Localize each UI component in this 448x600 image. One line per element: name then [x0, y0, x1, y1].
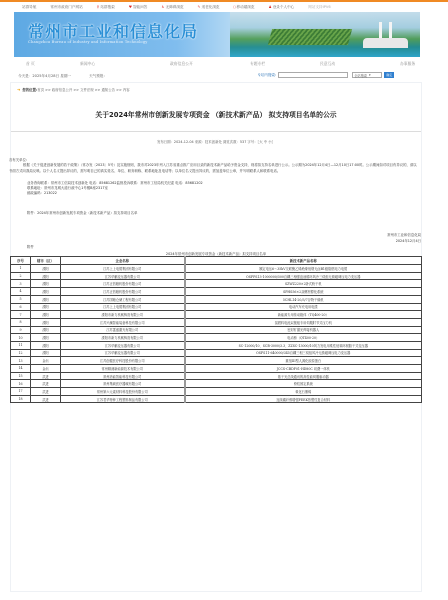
cell-district: 溧阳 — [31, 334, 61, 342]
topbar-label: 智能问答 — [133, 5, 147, 10]
table-row: 7溧阳溧阳市新力机械铸造有限公司新能源专用传动箱体（TQ400-20） — [11, 311, 422, 319]
table-row: 16武进常州集硕医疗器械有限公司脊柱固定系统 — [11, 380, 422, 388]
topbar-label: 站群搜索 — [100, 5, 114, 10]
topbar-label: 适老化浏览 — [202, 5, 220, 10]
table-row: 12溧阳江苏华鹏变压器有限公司OSFS11-640000/345自耦三相三绕组风… — [11, 349, 422, 357]
header-district: 辖市（区） — [31, 257, 61, 265]
accessibility-icon: ♿ — [161, 5, 164, 9]
table-row: 18武进江苏君华特种工程塑料制品有限公司连续碳纤维增强PEEK热塑性复合材料 — [11, 395, 422, 403]
cell-company: 江苏华鹏变压器有限公司 — [61, 341, 185, 349]
cell-product: 电动桥（QT400-20） — [185, 334, 422, 342]
cell-company: 江苏正昌粮机股份有限公司 — [61, 280, 185, 288]
cell-company: 江苏上上电缆集团有限公司 — [61, 265, 185, 273]
cell-company: 常州洛能智能科技有限公司 — [61, 372, 185, 380]
chat-icon: ♥ — [129, 5, 132, 9]
mobile-icon: ▯ — [234, 5, 236, 9]
cell-district: 溧阳 — [31, 280, 61, 288]
topbar-site-search-link[interactable]: ⚲站群搜索 — [97, 5, 115, 10]
cell-district: 溧阳 — [31, 349, 61, 357]
search-input[interactable] — [278, 72, 348, 78]
nav-home[interactable]: 首 页 — [26, 61, 80, 67]
cell-company: 常州精测新能源技术有限公司 — [61, 365, 185, 373]
cell-district: 溧阳 — [31, 318, 61, 326]
search-label-text: 站内搜索: — [261, 73, 277, 77]
site-search: ⚲站内搜索: 全站搜索▾ 确定 — [258, 72, 394, 78]
topbar-label: 站群导航 — [22, 5, 36, 10]
table-row: 6溧阳江苏上上电缆集团有限公司电动汽车充电用电缆 — [11, 303, 422, 311]
banner-building-roof — [268, 29, 352, 45]
table-row: 2溧阳江苏华鹏变压器有限公司OSFPS13-1000000/500自耦三相强迫油… — [11, 272, 422, 280]
cell-product: 密封钉激光焊接机器人 — [185, 326, 422, 334]
scope-value: 全站搜索 — [354, 73, 367, 78]
breadcrumb: ➜ 您的位置: 首页 >> 政府信息公开 >> 文件法规 >> 通知公告 >> … — [11, 83, 421, 95]
table-row: 9溧阳江苏霆盛激光有限公司密封钉激光焊接机器人 — [11, 326, 422, 334]
table-header-row: 序号 辖市（区） 企业名称 新技术新产品名称 — [11, 257, 422, 265]
cell-product: 额定电压6～35kV交联聚乙烯绝缘低烟无卤B1级阻燃电力电缆 — [185, 265, 422, 273]
today-date: 今天是：2025年4月28日 星期一 — [18, 74, 71, 79]
cell-company: 江苏国粮仓储工程有限公司 — [61, 295, 185, 303]
title-divider — [11, 131, 421, 132]
cell-company: 江苏创健医疗科技股份有限公司 — [61, 357, 185, 365]
topbar-label: 常州市政府门户网站 — [50, 5, 82, 10]
cell-product: 连续碳纤维增强PEEK热塑性复合材料 — [185, 395, 422, 403]
user-icon: ♟ — [268, 5, 271, 9]
attachment-link[interactable]: 附件：2024年常州市创新发展专项资金（新技术新产品）拟支持项目名单 — [27, 211, 421, 216]
topbar-smart-qa-link[interactable]: ♥智能问答 — [129, 5, 148, 10]
weather-label: 天气预报: — [89, 74, 105, 79]
nav-news[interactable]: 新闻中心 — [80, 61, 170, 67]
table-row: 1溧阳江苏上上电缆集团有限公司额定电压6～35kV交联聚乙烯绝缘低烟无卤B1级阻… — [11, 265, 422, 273]
article-container: ➜ 您的位置: 首页 >> 政府信息公开 >> 文件法规 >> 通知公告 >> … — [10, 82, 422, 592]
table-row: 4溧阳江苏正昌粮机股份有限公司SPHS56×2双螺杆膨化系统 — [11, 288, 422, 296]
cell-index: 16 — [11, 380, 31, 388]
topbar-label: 移动端浏览 — [237, 5, 255, 10]
site-banner: 常州市工业和信息化局 Changzhou Bureau of Industry … — [14, 12, 420, 57]
cell-product: 重组III型人源化胶原蛋白 — [185, 357, 422, 365]
cell-index: 14 — [11, 365, 31, 373]
cell-index: 12 — [11, 349, 31, 357]
breadcrumb-label: 您的位置: — [22, 87, 37, 92]
topbar-elderly-link[interactable]: ✎适老化浏览 — [198, 5, 220, 10]
contact-block: 业务咨询联系：常州市工信局技术创新处 电话：85681262监督投诉联系：常州市… — [27, 181, 421, 197]
article-body: 各有关单位: 根据《关于促进创新发展的若干政策》（常办发〔2023〕5号）及实施… — [11, 158, 421, 216]
cell-district: 金坛 — [31, 365, 61, 373]
cell-company: 江苏兴澜智能装备科技有限公司 — [61, 318, 185, 326]
chevron-down-icon: ▾ — [369, 73, 371, 77]
cell-index: 1 — [11, 265, 31, 273]
topbar-login-link[interactable]: ♟登录个人中心 — [268, 5, 294, 10]
site-title: 常州市工业和信息化局 — [28, 19, 198, 42]
cell-product: OSFS11-640000/345自耦三相三绕组风冷无励磁调压电力变压器 — [185, 349, 422, 357]
signature: 常州市工业和信息化局 2024年12月4日 — [11, 232, 421, 244]
cell-district: 武进 — [31, 388, 61, 396]
header-company: 企业名称 — [61, 257, 185, 265]
search-submit-button[interactable]: 确定 — [384, 72, 394, 78]
cell-index: 10 — [11, 334, 31, 342]
main-nav: 首 页 新闻中心 政府信息公开 专题专栏 民意互动 办事服务 — [0, 57, 448, 70]
cell-index: 6 — [11, 303, 31, 311]
topbar-label: 无障碍浏览 — [166, 5, 184, 10]
cell-district: 溧阳 — [31, 288, 61, 296]
cell-company: 常州集硕医疗器械有限公司 — [61, 380, 185, 388]
cell-index: 4 — [11, 288, 31, 296]
cell-district: 武进 — [31, 372, 61, 380]
cell-company: 江苏华鹏变压器有限公司 — [61, 349, 185, 357]
project-list-table: 序号 辖市（区） 企业名称 新技术新产品名称 1溧阳江苏上上电缆集团有限公司额定… — [10, 256, 422, 403]
cell-district: 溧阳 — [31, 326, 61, 334]
cell-district: 溧阳 — [31, 311, 61, 319]
nav-services[interactable]: 办事服务 — [400, 61, 415, 67]
cell-product: OSFPS13-1000000/500自耦三相强迫油循环风冷三绕组无励磁调压电力… — [185, 272, 422, 280]
table-row: 8溧阳江苏兴澜智能装备科技有限公司氢燃料电池双极板专用伺服肘节式压力机 — [11, 318, 422, 326]
header-index: 序号 — [11, 257, 31, 265]
cell-district: 溧阳 — [31, 265, 61, 273]
site-subtitle: Changzhou Bureau of Industry and Informa… — [28, 40, 148, 44]
table-row: 17武进常州第六元素材料科技股份有限公司氧化石墨烯 — [11, 388, 422, 396]
search-scope-select[interactable]: 全站搜索▾ — [352, 72, 382, 78]
cell-index: 15 — [11, 372, 31, 380]
nav-public-interaction[interactable]: 民意互动 — [320, 61, 400, 67]
article-meta: 发布日期：2024-12-04 来源：技术创新处 浏览次数：537 字号：〖大 … — [11, 139, 421, 144]
article-title: 关于2024年常州市创新发展专项资金 （新技术新产品） 拟支持项目名单的公示 — [11, 109, 421, 119]
topbar-mobile-link[interactable]: ▯移动端浏览 — [234, 5, 255, 10]
topbar-gov-portal-link[interactable]: 常州市政府门户网站 — [50, 5, 82, 10]
info-bar: 今天是：2025年4月28日 星期一 天气预报: ⚲站内搜索: 全站搜索▾ 确定 — [0, 70, 448, 82]
cell-company: 江苏霆盛激光有限公司 — [61, 326, 185, 334]
cell-index: 11 — [11, 341, 31, 349]
cell-product: 氢燃料电池双极板专用伺服肘节式压力机 — [185, 318, 422, 326]
cell-company: 江苏正昌粮机股份有限公司 — [61, 288, 185, 296]
attachment-label: 附件 — [27, 244, 421, 249]
table-row: 11溧阳江苏华鹏变压器有限公司SC-12000/10、SCB-3000/3.3、… — [11, 341, 422, 349]
cell-district: 武进 — [31, 380, 61, 388]
cell-company: 江苏君华特种工程塑料制品有限公司 — [61, 395, 185, 403]
cell-product: JCCS-CBDF01-HD80C 切叠一体机 — [185, 365, 422, 373]
cell-company: 溧阳市新力机械铸造有限公司 — [61, 334, 185, 342]
elderly-icon: ✎ — [198, 5, 201, 9]
search-icon: ⚲ — [97, 5, 100, 9]
breadcrumb-path[interactable]: 首页 >> 政府信息公开 >> 文件法规 >> 通知公告 >> 内容 — [37, 87, 129, 92]
site-search-label: ⚲站内搜索: — [258, 73, 276, 78]
cell-index: 5 — [11, 295, 31, 303]
topbar-accessibility-link[interactable]: ♿无障碍浏览 — [161, 5, 183, 10]
table-row: 13金坛江苏创健医疗科技股份有限公司重组III型人源化胶原蛋白 — [11, 357, 422, 365]
cell-district: 溧阳 — [31, 341, 61, 349]
ipv6-badge: 网站支持IPV6 — [308, 5, 330, 10]
topbar-label: 登录个人中心 — [273, 5, 295, 10]
cell-index: 17 — [11, 388, 31, 396]
cell-company: 江苏上上电缆集团有限公司 — [61, 303, 185, 311]
cell-index: 2 — [11, 272, 31, 280]
cell-product: 5CHL14-20/3/7谷物干燥机 — [185, 295, 422, 303]
table-row: 5溧阳江苏国粮仓储工程有限公司5CHL14-20/3/7谷物干燥机 — [11, 295, 422, 303]
cell-product: 脊柱固定系统 — [185, 380, 422, 388]
cell-product: SZWZ220×2卧式粉干机 — [185, 280, 422, 288]
cell-district: 溧阳 — [31, 303, 61, 311]
table-row: 3溧阳江苏正昌粮机股份有限公司SZWZ220×2卧式粉干机 — [11, 280, 422, 288]
cell-index: 18 — [11, 395, 31, 403]
top-utility-bar: 站群导航 常州市政府门户网站 ⚲站群搜索 ♥智能问答 ♿无障碍浏览 ✎适老化浏览… — [0, 0, 448, 12]
cell-company: 江苏华鹏变压器有限公司 — [61, 272, 185, 280]
cell-index: 3 — [11, 280, 31, 288]
cell-index: 13 — [11, 357, 31, 365]
table-row: 14金坛常州精测新能源技术有限公司JCCS-CBDF01-HD80C 切叠一体机 — [11, 365, 422, 373]
cell-index: 8 — [11, 318, 31, 326]
cell-company: 常州第六元素材料科技股份有限公司 — [61, 388, 185, 396]
cell-product: SC-12000/10、SCB-3000/3.3、ZZSC-13000/10风力… — [185, 341, 422, 349]
cell-company: 溧阳市新力机械铸造有限公司 — [61, 311, 185, 319]
body-paragraph: 根据《关于促进创新发展的若干政策》（常办发〔2023〕5号）及实施细则，我市对2… — [9, 163, 419, 174]
contact-postcode: 邮政编码：213022 — [27, 191, 421, 196]
nav-special-topics[interactable]: 专题专栏 — [250, 61, 320, 67]
cell-product: SPHS56×2双螺杆膨化系统 — [185, 288, 422, 296]
cell-district: 溧阳 — [31, 295, 61, 303]
cell-district: 金坛 — [31, 357, 61, 365]
arrow-right-icon: ➜ — [17, 87, 20, 92]
cell-district: 武进 — [31, 395, 61, 403]
cell-index: 9 — [11, 326, 31, 334]
cell-product: 电动汽车充电用电缆 — [185, 303, 422, 311]
nav-gov-info[interactable]: 政府信息公开 — [170, 61, 250, 67]
table-row: 10溧阳溧阳市新力机械铸造有限公司电动桥（QT400-20） — [11, 334, 422, 342]
cell-index: 7 — [11, 311, 31, 319]
cell-product: 新能源专用传动箱体（TQ400-20） — [185, 311, 422, 319]
cell-product: 基于光总线通讯的高性能伺服驱动器 — [185, 372, 422, 380]
topbar-site-nav-link[interactable]: 站群导航 — [22, 5, 36, 10]
table-row: 15武进常州洛能智能科技有限公司基于光总线通讯的高性能伺服驱动器 — [11, 372, 422, 380]
header-product: 新技术新产品名称 — [185, 257, 422, 265]
cell-district: 溧阳 — [31, 272, 61, 280]
cell-product: 氧化石墨烯 — [185, 388, 422, 396]
banner-building — [363, 38, 408, 48]
